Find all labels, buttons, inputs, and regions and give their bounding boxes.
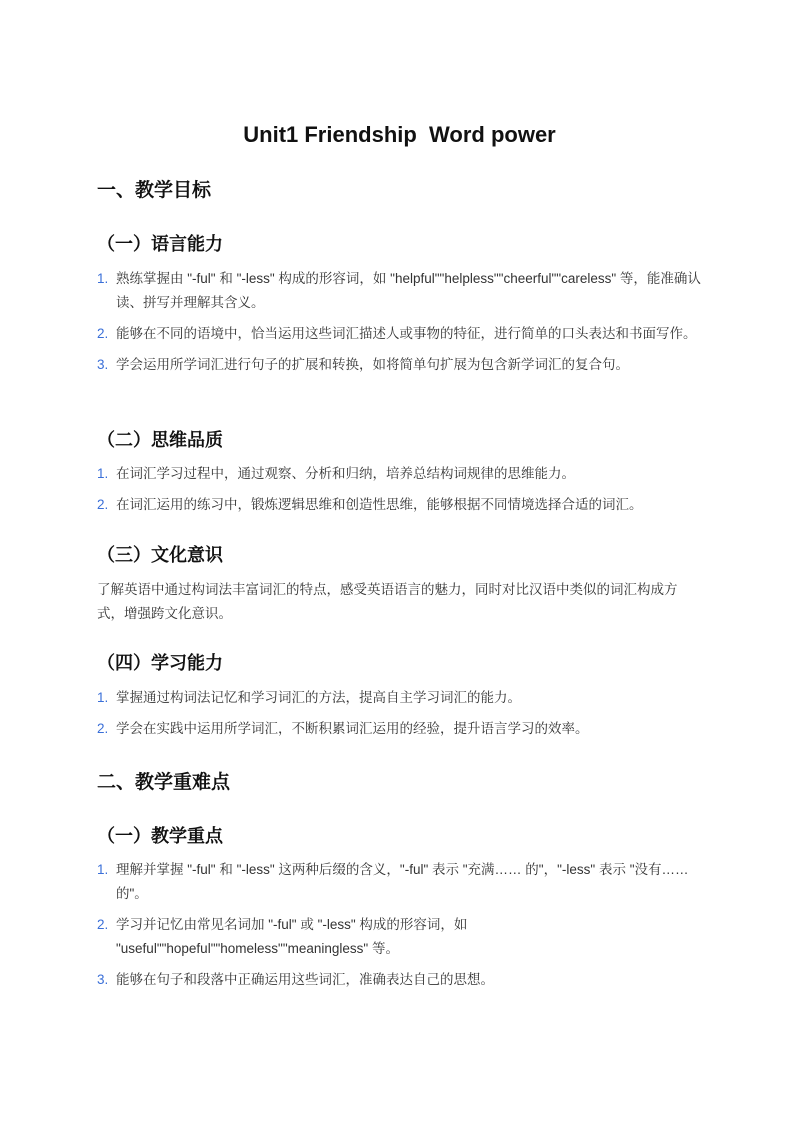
list-item: 1. 理解并掌握 "-ful" 和 "-less" 这两种后缀的含义，"-ful… — [97, 858, 702, 906]
list-item-text: 能够在不同的语境中，恰当运用这些词汇描述人或事物的特征，进行简单的口头表达和书面… — [116, 326, 697, 341]
section-heading-teaching-objectives: 一、教学目标 — [97, 175, 211, 202]
list-item-text: 理解并掌握 "-ful" 和 "-less" 这两种后缀的含义，"-ful" 表… — [116, 862, 688, 901]
list-number: 2. — [97, 322, 108, 346]
teaching-focus-list: 1. 理解并掌握 "-ful" 和 "-less" 这两种后缀的含义，"-ful… — [97, 858, 702, 999]
list-number: 3. — [97, 968, 108, 992]
list-number: 2. — [97, 717, 108, 741]
language-ability-list: 1. 熟练掌握由 "-ful" 和 "-less" 构成的形容词，如 "help… — [97, 267, 702, 384]
subsection-heading-teaching-focus: （一）教学重点 — [97, 822, 223, 848]
list-item-text: 学会在实践中运用所学词汇，不断积累词汇运用的经验，提升语言学习的效率。 — [116, 721, 589, 736]
list-item-text: 学会运用所学词汇进行句子的扩展和转换，如将简单句扩展为包含新学词汇的复合句。 — [116, 357, 629, 372]
list-item: 1. 熟练掌握由 "-ful" 和 "-less" 构成的形容词，如 "help… — [97, 267, 702, 315]
subsection-heading-cultural-awareness: （三）文化意识 — [97, 541, 223, 567]
list-item-text: 在词汇学习过程中，通过观察、分析和归纳，培养总结构词规律的思维能力。 — [116, 466, 575, 481]
list-number: 1. — [97, 858, 108, 882]
list-item: 3. 学会运用所学词汇进行句子的扩展和转换，如将简单句扩展为包含新学词汇的复合句… — [97, 353, 702, 377]
subsection-heading-thinking-quality: （二）思维品质 — [97, 426, 223, 452]
list-number: 1. — [97, 462, 108, 486]
list-item: 2. 能够在不同的语境中，恰当运用这些词汇描述人或事物的特征，进行简单的口头表达… — [97, 322, 702, 346]
list-item: 2. 学习并记忆由常见名词加 "-ful" 或 "-less" 构成的形容词，如… — [97, 913, 702, 961]
list-item-text: 能够在句子和段落中正确运用这些词汇，准确表达自己的思想。 — [116, 972, 494, 987]
list-item: 1. 掌握通过构词法记忆和学习词汇的方法，提高自主学习词汇的能力。 — [97, 686, 702, 710]
learning-ability-list: 1. 掌握通过构词法记忆和学习词汇的方法，提高自主学习词汇的能力。 2. 学会在… — [97, 686, 702, 748]
list-number: 3. — [97, 353, 108, 377]
list-item-text: 在词汇运用的练习中，锻炼逻辑思维和创造性思维，能够根据不同情境选择合适的词汇。 — [116, 497, 643, 512]
list-item: 1. 在词汇学习过程中，通过观察、分析和归纳，培养总结构词规律的思维能力。 — [97, 462, 702, 486]
cultural-awareness-paragraph: 了解英语中通过构词法丰富词汇的特点，感受英语语言的魅力，同时对比汉语中类似的词汇… — [97, 578, 702, 626]
subsection-heading-language-ability: （一）语言能力 — [97, 230, 223, 256]
list-item-text: 熟练掌握由 "-ful" 和 "-less" 构成的形容词，如 "helpful… — [116, 271, 701, 310]
list-item: 2. 在词汇运用的练习中，锻炼逻辑思维和创造性思维，能够根据不同情境选择合适的词… — [97, 493, 702, 517]
list-item: 2. 学会在实践中运用所学词汇，不断积累词汇运用的经验，提升语言学习的效率。 — [97, 717, 702, 741]
thinking-quality-list: 1. 在词汇学习过程中，通过观察、分析和归纳，培养总结构词规律的思维能力。 2.… — [97, 462, 702, 524]
list-number: 2. — [97, 493, 108, 517]
list-number: 1. — [97, 267, 108, 291]
list-item-text: 学习并记忆由常见名词加 "-ful" 或 "-less" 构成的形容词，如 "u… — [116, 917, 467, 956]
subsection-heading-learning-ability: （四）学习能力 — [97, 649, 223, 675]
list-item-text: 掌握通过构词法记忆和学习词汇的方法，提高自主学习词汇的能力。 — [116, 690, 521, 705]
document-title: Unit1 Friendship Word power — [97, 122, 702, 148]
list-number: 1. — [97, 686, 108, 710]
section-heading-key-difficult-points: 二、教学重难点 — [97, 767, 230, 794]
list-item: 3. 能够在句子和段落中正确运用这些词汇，准确表达自己的思想。 — [97, 968, 702, 992]
list-number: 2. — [97, 913, 108, 937]
